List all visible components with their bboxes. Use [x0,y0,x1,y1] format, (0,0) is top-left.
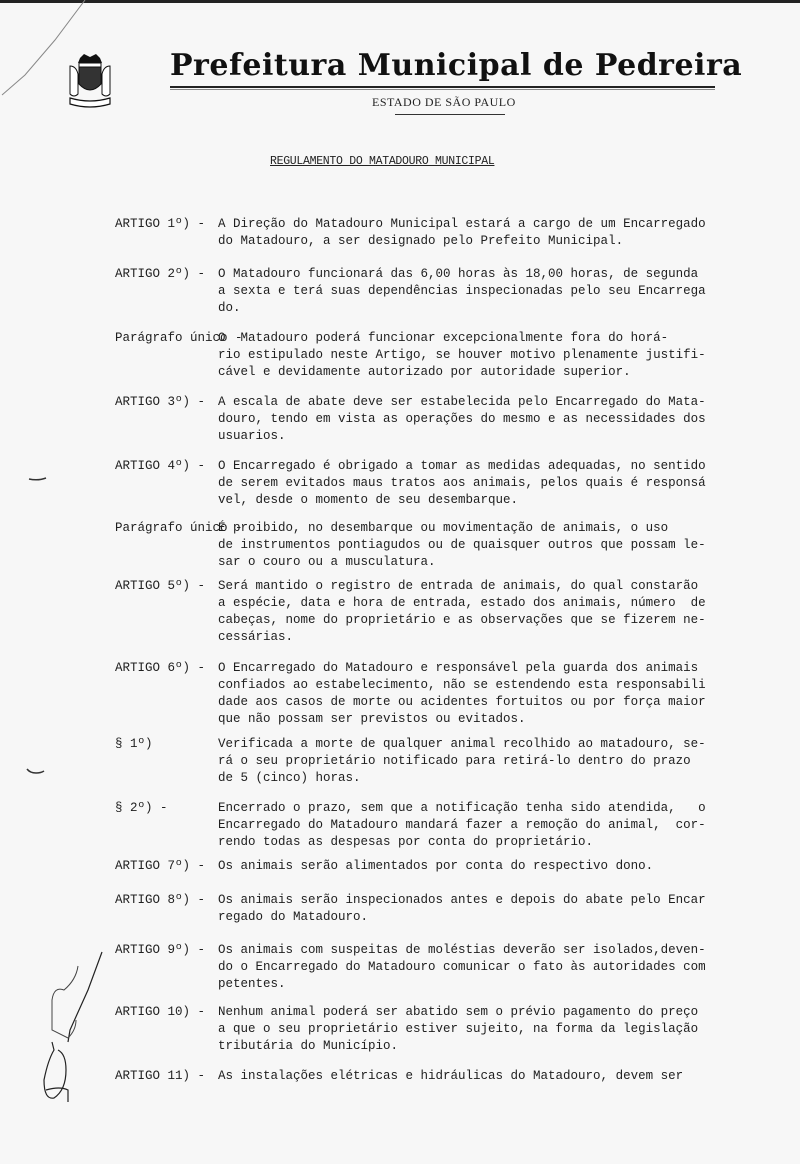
section-text-line: Verificada a morte de qualquer animal re… [218,736,755,753]
section-text-line: cabeças, nome do proprietário e as obser… [218,612,755,629]
margin-tick-mark [26,768,46,776]
section-text-line: Nenhum animal poderá ser abatido sem o p… [218,1004,755,1021]
section-label: ARTIGO 5º) - [115,578,205,595]
section-label: § 2º) - [115,800,168,817]
subtitle-rule [395,114,505,115]
regulation-section: ARTIGO 5º) -Será mantido o registro de e… [115,578,755,646]
section-label: ARTIGO 6º) - [115,660,205,677]
crest-icon [66,54,114,108]
document-heading: REGULAMENTO DO MATADOURO MUNICIPAL [270,155,494,168]
section-text-line: É proibido, no desembarque ou movimentaç… [218,520,755,537]
section-text-line: O Matadouro funcionará das 6,00 horas às… [218,266,755,283]
section-text-line: rá o seu proprietário notificado para re… [218,753,755,770]
section-text-line: sar o couro ou a musculatura. [218,554,755,571]
municipality-title: Prefeitura Municipal de Pedreira [170,48,720,83]
section-text-line: As instalações elétricas e hidráulicas d… [218,1068,755,1085]
section-text-line: Os animais com suspeitas de moléstias de… [218,942,755,959]
section-label: ARTIGO 11) - [115,1068,205,1085]
section-label: ARTIGO 3º) - [115,394,205,411]
section-label: ARTIGO 1º) - [115,216,205,233]
section-text-line: Será mantido o registro de entrada de an… [218,578,755,595]
section-label: ARTIGO 4º) - [115,458,205,475]
regulation-section: ARTIGO 2º) -O Matadouro funcionará das 6… [115,266,755,317]
section-text-line: O Encarregado é obrigado a tomar as medi… [218,458,755,475]
section-text-line: A Direção do Matadouro Municipal estará … [218,216,755,233]
section-label: ARTIGO 2º) - [115,266,205,283]
section-label: ARTIGO 9º) - [115,942,205,959]
section-text-line: de instrumentos pontiagudos ou de quaisq… [218,537,755,554]
regulation-section: ARTIGO 11) -As instalações elétricas e h… [115,1068,755,1085]
section-text-line: Os animais serão inspecionados antes e d… [218,892,755,909]
page-top-edge [0,0,800,3]
section-text-line: confiados ao estabelecimento, não se est… [218,677,755,694]
section-label: ARTIGO 7º) - [115,858,205,875]
regulation-section: ARTIGO 9º) -Os animais com suspeitas de … [115,942,755,993]
section-label: ARTIGO 10) - [115,1004,205,1021]
section-text-line: Os animais serão alimentados por conta d… [218,858,755,875]
section-text-line: tributária do Município. [218,1038,755,1055]
regulation-section: Parágrafo único -É proibido, no desembar… [115,520,755,571]
section-text-line: O Matadouro poderá funcionar excepcional… [218,330,755,347]
section-text-line: cessárias. [218,629,755,646]
section-text-line: do o Encarregado do Matadouro comunicar … [218,959,755,976]
section-text-line: de 5 (cinco) horas. [218,770,755,787]
state-subtitle: ESTADO DE SÃO PAULO [372,95,516,110]
section-label: Parágrafo único - [115,330,243,347]
section-text-line: usuarios. [218,428,755,445]
regulation-section: ARTIGO 6º) -O Encarregado do Matadouro e… [115,660,755,728]
regulation-section: ARTIGO 10) -Nenhum animal poderá ser aba… [115,1004,755,1055]
handwritten-signature-icon [30,950,110,1110]
title-rule [170,86,715,88]
section-text-line: a sexta e terá suas dependências inspeci… [218,283,755,300]
section-label: Parágrafo único - [115,520,243,537]
regulation-section: ARTIGO 1º) -A Direção do Matadouro Munic… [115,216,755,250]
section-text-line: vel, desde o momento de seu desembarque. [218,492,755,509]
section-text-line: Encerrado o prazo, sem que a notificação… [218,800,755,817]
regulation-section: ARTIGO 3º) -A escala de abate deve ser e… [115,394,755,445]
section-text-line: petentes. [218,976,755,993]
regulation-section: § 2º) -Encerrado o prazo, sem que a noti… [115,800,755,851]
section-text-line: rio estipulado neste Artigo, se houver m… [218,347,755,364]
regulation-section: ARTIGO 4º) -O Encarregado é obrigado a t… [115,458,755,509]
section-text-line: O Encarregado do Matadouro e responsável… [218,660,755,677]
regulation-section: Parágrafo único -O Matadouro poderá func… [115,330,755,381]
regulation-section: ARTIGO 8º) -Os animais serão inspecionad… [115,892,755,926]
regulation-section: § 1º)Verificada a morte de qualquer anim… [115,736,755,787]
section-text-line: douro, tendo em vista as operações do me… [218,411,755,428]
section-label: ARTIGO 8º) - [115,892,205,909]
section-label: § 1º) [115,736,153,753]
section-text-line: regado do Matadouro. [218,909,755,926]
section-text-line: que não possam ser previstos ou evitados… [218,711,755,728]
section-text-line: a que o seu proprietário estiver sujeito… [218,1021,755,1038]
section-text-line: A escala de abate deve ser estabelecida … [218,394,755,411]
section-text-line: de serem evitados maus tratos aos animai… [218,475,755,492]
section-text-line: dade aos casos de morte ou acidentes for… [218,694,755,711]
margin-tick-mark [28,477,48,483]
section-text-line: Encarregado do Matadouro mandará fazer a… [218,817,755,834]
section-text-line: do Matadouro, a ser designado pelo Prefe… [218,233,755,250]
section-text-line: cável e devidamente autorizado por autor… [218,364,755,381]
title-rule-secondary [170,89,715,90]
section-text-line: do. [218,300,755,317]
regulation-section: ARTIGO 7º) -Os animais serão alimentados… [115,858,755,875]
section-text-line: rendo todas as despesas por conta do pro… [218,834,755,851]
section-text-line: a espécie, data e hora de entrada, estad… [218,595,755,612]
